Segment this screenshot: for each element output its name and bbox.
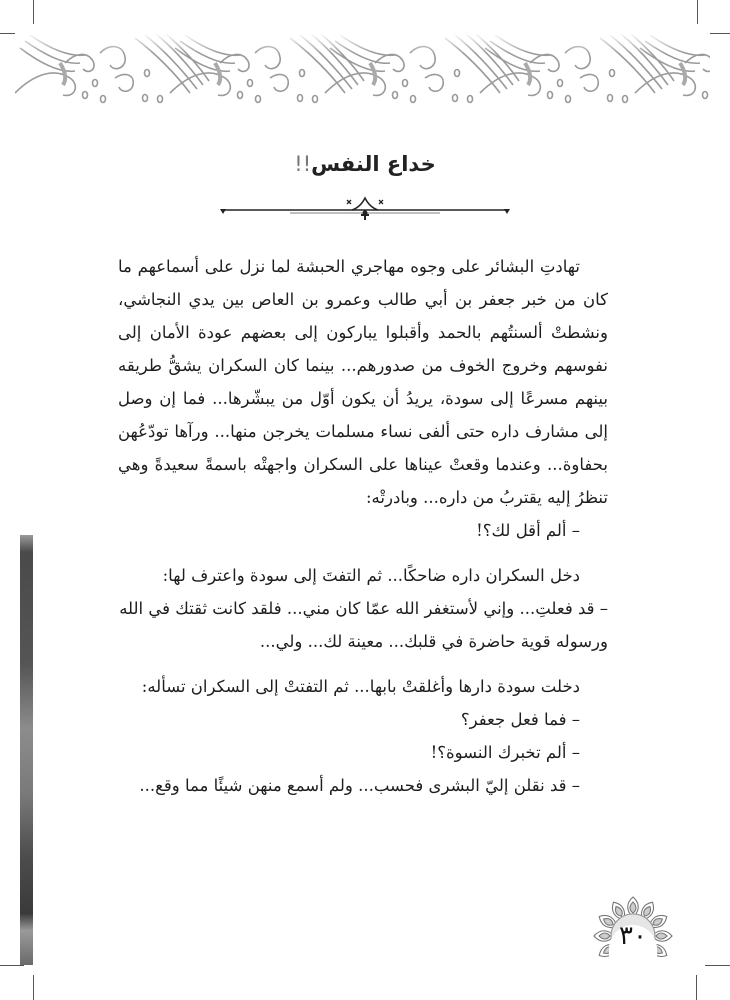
page-number: ٣٠ <box>609 921 657 951</box>
crop-mark-top-left-v <box>33 0 34 24</box>
chapter-title: خداع النفس!! <box>0 152 730 176</box>
dialog-line: – ألم أقل لك؟! <box>118 514 608 547</box>
wave-ornament-banner <box>15 33 710 115</box>
dialog-line: – ألم تخبرك النسوة؟! <box>118 736 608 769</box>
page-number-badge: ٣٠ <box>592 895 674 1000</box>
article-body: تهادتِ البشائر على وجوه مهاجري الحبشة لم… <box>118 250 608 802</box>
crop-mark-top-right-v <box>697 0 698 24</box>
dialog-line: – قد نقلن إليّ البشرى فحسب... ولم أسمع م… <box>118 769 608 802</box>
fleuron-divider <box>220 196 510 222</box>
paragraph: دخلت سودة دارها وأغلقتْ بابها... ثم التف… <box>118 670 608 703</box>
crop-mark-bottom-right-v <box>696 975 697 1000</box>
chapter-title-text: خداع النفس <box>311 152 436 176</box>
adjacent-page-edge <box>20 535 33 965</box>
crop-mark-bottom-right-h <box>705 965 730 966</box>
paragraph: دخل السكران داره ضاحكًا... ثم التفتَ إلى… <box>118 559 608 592</box>
dialog-line: – قد فعلتِ... وإني لأستغفر الله عمّا كان… <box>118 592 608 658</box>
fleuron-divider-icon <box>220 196 510 222</box>
wave-ornament-icon <box>15 33 710 115</box>
crop-mark-bottom-left-h <box>0 965 24 966</box>
paragraph: تهادتِ البشائر على وجوه مهاجري الحبشة لم… <box>118 250 608 514</box>
crop-mark-bottom-left-v <box>33 975 34 1000</box>
dialog-line: – فما فعل جعفر؟ <box>118 703 608 736</box>
chapter-title-marks: !! <box>294 152 311 176</box>
